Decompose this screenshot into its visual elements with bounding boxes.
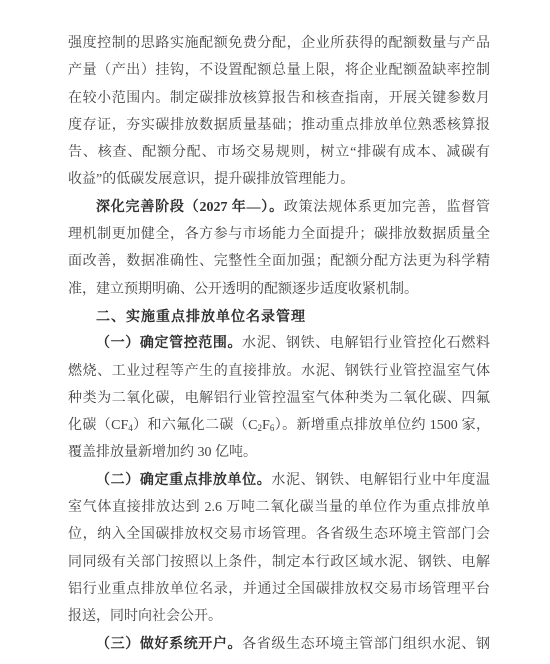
text-segment: 政策法规体系更加完善，监督管 [284,200,490,215]
text-segment: 燃烧、工业过程等产生的直接排放。水泥、钢铁行业管控温室气体 [68,364,490,379]
paragraph-lead: 深化完善阶段（2027 年—）。 [96,200,284,215]
text-line: 理机制更加健全，各方参与市场能力全面提升；碳排放数据质量全 [68,221,490,248]
text-line: 同同级有关部门按照以上条件，制定本行政区域水泥、钢铁、电解 [68,549,490,576]
text-line: 报送，同时向社会公开。 [68,603,490,630]
text-line: （三）做好系统开户。各省级生态环境主管部门组织水泥、钢 [68,631,490,658]
text-segment: 化碳（CF [68,418,128,433]
text-segment: 室气体直接排放达到 2.6 万吨二氧化碳当量的单位作为重点排放单 [68,500,490,515]
text-segment: 各省级生态环境主管部门组织水泥、钢 [242,637,490,652]
text-line: （二）确定重点排放单位。水泥、钢铁、电解铝行业中年度温 [68,467,490,494]
paragraph-lead: （一）确定管控范围。 [96,336,242,351]
text-line: 位，纳入全国碳排放权交易市场管理。各省级生态环境主管部门会 [68,521,490,548]
text-line: 铝行业重点排放单位名录，并通过全国碳排放权交易市场管理平台 [68,576,490,603]
text-line: 化碳（CF4）和六氟化二碳（C2F6）。新增重点排放单位约 1500 家， [68,412,490,439]
text-segment: 铝行业重点排放单位名录，并通过全国碳排放权交易市场管理平台 [68,582,490,597]
text-segment: 强度控制的思路实施配额免费分配，企业所获得的配额数量与产品 [68,36,490,51]
text-segment: 告、核查、配额分配、市场交易规则，树立“排碳有成本、减碳有 [68,145,490,160]
text-segment: 报送，同时向社会公开。 [68,609,222,624]
text-line: 种类为二氧化碳，电解铝行业管控温室气体种类为二氧化碳、四氟 [68,385,490,412]
text-segment: 水泥、钢铁、电解铝行业管控化石燃料 [242,336,490,351]
text-line: 面改善，数据准确性、完整性全面加强；配额分配方法更为科学精 [68,248,490,275]
text-segment: 度存证，夯实碳排放数据质量基础；推动重点排放单位熟悉核算报 [68,118,490,133]
paragraph-lead: （二）确定重点排放单位。 [96,473,271,488]
text-segment: 准，建立预期明确、公开透明的配额逐步适度收紧机制。 [68,282,418,297]
text-segment: ）和六氟化二碳（C [133,418,258,433]
text-segment: 种类为二氧化碳，电解铝行业管控温室气体种类为二氧化碳、四氟 [68,391,490,406]
text-line: 室气体直接排放达到 2.6 万吨二氧化碳当量的单位作为重点排放单 [68,494,490,521]
text-line: 在较小范围内。制定碳排放核算报告和核查指南，开展关键参数月 [68,85,490,112]
text-segment: 在较小范围内。制定碳排放核算报告和核查指南，开展关键参数月 [68,91,490,106]
text-segment: 覆盖排放量新增加约 30 亿吨。 [68,445,257,460]
text-line: 强度控制的思路实施配额免费分配，企业所获得的配额数量与产品 [68,30,490,57]
text-line: 度存证，夯实碳排放数据质量基础；推动重点排放单位熟悉核算报 [68,112,490,139]
text-segment: ）。新增重点排放单位约 1500 家， [274,418,490,433]
text-segment: 面改善，数据准确性、完整性全面加强；配额分配方法更为科学精 [68,254,490,269]
text-segment: 水泥、钢铁、电解铝行业中年度温 [271,473,490,488]
text-line: 告、核查、配额分配、市场交易规则，树立“排碳有成本、减碳有 [68,139,490,166]
text-line: 二、实施重点排放单位名录管理 [68,303,490,330]
paragraph-lead: （三）做好系统开户。 [96,637,242,652]
text-line: 深化完善阶段（2027 年—）。政策法规体系更加完善，监督管 [68,194,490,221]
text-line: 准，建立预期明确、公开透明的配额逐步适度收紧机制。 [68,276,490,303]
document-page: 强度控制的思路实施配额免费分配，企业所获得的配额数量与产品 产量（产出）挂钩，不… [0,0,550,664]
text-line: 燃烧、工业过程等产生的直接排放。水泥、钢铁行业管控温室气体 [68,358,490,385]
section-heading: 二、实施重点排放单位名录管理 [96,308,306,324]
text-line: 覆盖排放量新增加约 30 亿吨。 [68,439,490,466]
text-line: 产量（产出）挂钩，不设置配额总量上限，将企业配额盈缺率控制 [68,57,490,84]
text-segment: F [262,418,270,433]
text-segment: 收益”的低碳发展意识，提升碳排放管理能力。 [68,172,354,187]
text-line: （一）确定管控范围。水泥、钢铁、电解铝行业管控化石燃料 [68,330,490,357]
text-segment: 理机制更加健全，各方参与市场能力全面提升；碳排放数据质量全 [68,227,490,242]
text-line: 收益”的低碳发展意识，提升碳排放管理能力。 [68,166,490,193]
text-segment: 产量（产出）挂钩，不设置配额总量上限，将企业配额盈缺率控制 [68,63,490,78]
text-segment: 同同级有关部门按照以上条件，制定本行政区域水泥、钢铁、电解 [68,555,490,570]
text-segment: 位，纳入全国碳排放权交易市场管理。各省级生态环境主管部门会 [68,527,490,542]
